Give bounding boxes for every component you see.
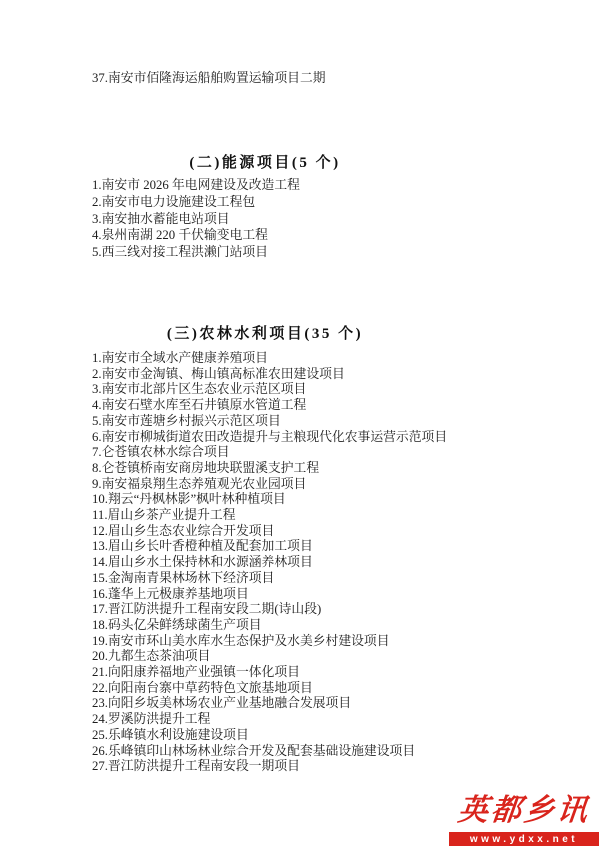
energy-project-item-1: 1.南安市 2026 年电网建设及改造工程 bbox=[92, 177, 300, 194]
energy-project-item-2: 2.南安市电力设施建设工程包 bbox=[92, 194, 300, 211]
agri-project-item-25: 25.乐峰镇水利设施建设项目 bbox=[92, 728, 447, 744]
energy-project-item-3: 3.南安抽水蓄能电站项目 bbox=[92, 211, 300, 228]
agri-project-item-20: 20.九都生态茶油项目 bbox=[92, 649, 447, 665]
agri-project-item-2: 2.南安市金淘镇、梅山镇高标准农田建设项目 bbox=[92, 367, 447, 383]
agri-project-item-5: 5.南安市莲塘乡村振兴示范区项目 bbox=[92, 414, 447, 430]
prev-section-last-item: 37.南安市佰隆海运船舶购置运输项目二期 bbox=[92, 70, 326, 87]
agri-project-item-21: 21.向阳康养福地产业强镇一体化项目 bbox=[92, 665, 447, 681]
logo-url-bar: www.ydxx.net bbox=[449, 832, 599, 846]
agri-project-item-24: 24.罗溪防洪提升工程 bbox=[92, 712, 447, 728]
section-energy-list: 1.南安市 2026 年电网建设及改造工程2.南安市电力设施建设工程包3.南安抽… bbox=[92, 177, 300, 261]
agri-project-item-11: 11.眉山乡茶产业提升工程 bbox=[92, 508, 447, 524]
agri-project-item-6: 6.南安市柳城街道农田改造提升与主粮现代化农事运营示范项目 bbox=[92, 430, 447, 446]
agri-project-item-10: 10.翔云“丹枫林影”枫叶林种植项目 bbox=[92, 492, 447, 508]
site-logo: 英都乡讯 www.ydxx.net bbox=[449, 791, 599, 846]
section-energy-heading: (二)能源项目(5 个) bbox=[88, 151, 442, 172]
agri-project-item-18: 18.码头亿朵鲜绣球菌生产项目 bbox=[92, 618, 447, 634]
agri-project-item-19: 19.南安市环山美水库水生态保护及水美乡村建设项目 bbox=[92, 634, 447, 650]
agri-project-item-13: 13.眉山乡长叶香橙种植及配套加工项目 bbox=[92, 539, 447, 555]
agri-project-item-22: 22.向阳南台寨中草药特色文旅基地项目 bbox=[92, 681, 447, 697]
agri-project-item-8: 8.仑苍镇桥南安商房地块联盟溪支护工程 bbox=[92, 461, 447, 477]
agri-project-item-3: 3.南安市北部片区生态农业示范区项目 bbox=[92, 382, 447, 398]
agri-project-item-12: 12.眉山乡生态农业综合开发项目 bbox=[92, 524, 447, 540]
energy-project-item-5: 5.西三线对接工程洪濑门站项目 bbox=[92, 244, 300, 261]
logo-title: 英都乡讯 bbox=[447, 791, 600, 831]
document-page: 37.南安市佰隆海运船舶购置运输项目二期 (二)能源项目(5 个) 1.南安市 … bbox=[0, 0, 600, 849]
energy-project-item-4: 4.泉州南湖 220 千伏输变电工程 bbox=[92, 227, 300, 244]
agri-project-item-27: 27.晋江防洪提升工程南安段一期项目 bbox=[92, 759, 447, 775]
agri-project-item-15: 15.金淘南青果林场林下经济项目 bbox=[92, 571, 447, 587]
agri-project-item-1: 1.南安市全域水产健康养殖项目 bbox=[92, 351, 447, 367]
agri-project-item-26: 26.乐峰镇印山林场林业综合开发及配套基础设施建设项目 bbox=[92, 744, 447, 760]
agri-project-item-7: 7.仑苍镇农林水综合项目 bbox=[92, 445, 447, 461]
agri-project-item-17: 17.晋江防洪提升工程南安段二期(诗山段) bbox=[92, 602, 447, 618]
agri-project-item-14: 14.眉山乡水土保持林和水源涵养林项目 bbox=[92, 555, 447, 571]
agri-project-item-16: 16.蓬华上元极康养基地项目 bbox=[92, 587, 447, 603]
agri-project-item-4: 4.南安石壁水库至石井镇原水管道工程 bbox=[92, 398, 447, 414]
agri-project-item-9: 9.南安福泉翔生态养殖观光农业园项目 bbox=[92, 477, 447, 493]
agri-project-item-23: 23.向阳乡坂美林场农业产业基地融合发展项目 bbox=[92, 696, 447, 712]
section-agri-heading: (三)农林水利项目(35 个) bbox=[88, 322, 442, 343]
section-agri-list: 1.南安市全域水产健康养殖项目2.南安市金淘镇、梅山镇高标准农田建设项目3.南安… bbox=[92, 351, 447, 775]
